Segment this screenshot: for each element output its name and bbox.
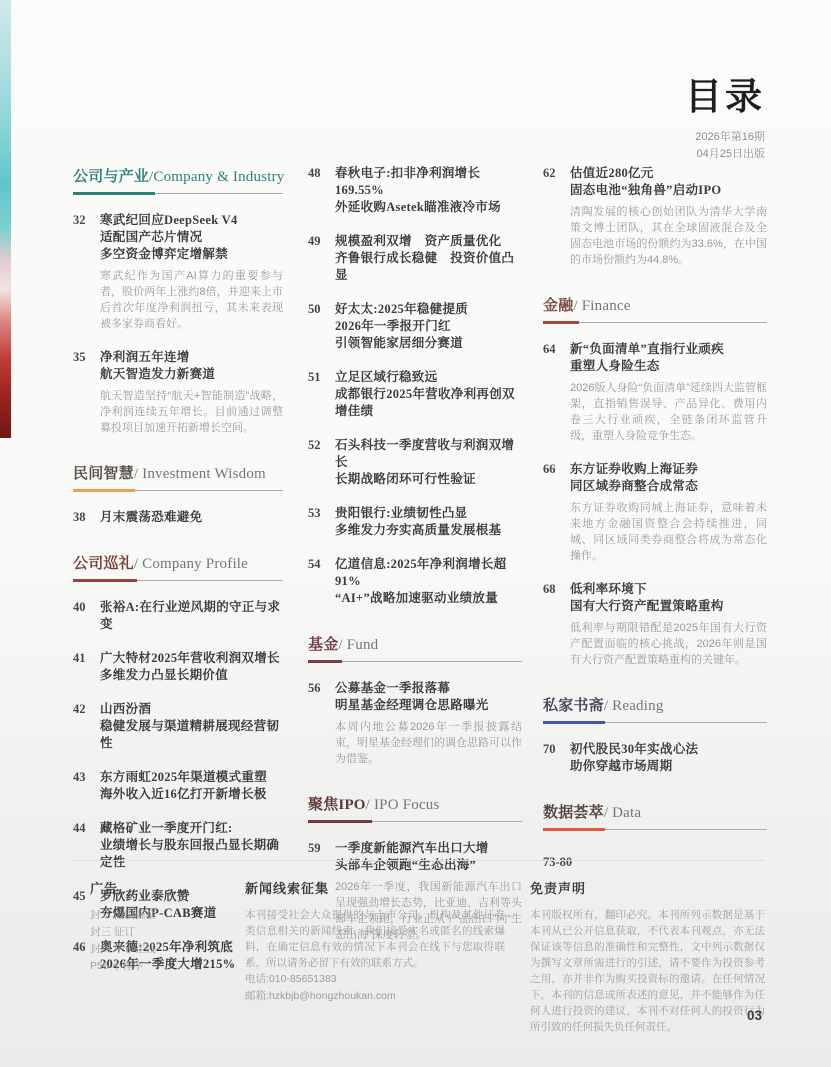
- section-divider: [308, 660, 522, 663]
- section-accent-bar: [543, 321, 579, 324]
- entry-title-line: 稳健发展与渠道精耕展现经营韧性: [100, 718, 283, 752]
- toc-entry: 62 估值近280亿元 固态电池“独角兽”启动IPO 清陶发展的核心创始团队为清…: [543, 165, 767, 268]
- entry-title-line: 亿道信息:2025年净利润增长超91%: [335, 556, 522, 590]
- footer-news-heading: 新闻线索征集: [245, 878, 505, 897]
- entry-content: 初代股民30年实战心法 助你穿越市场周期: [570, 741, 767, 775]
- entry-title-line: 同区域券商整合成常态: [570, 478, 767, 495]
- publish-date: 04月25日出版: [685, 146, 765, 163]
- toc-entry: 53 贵阳银行:业绩韧性凸显 多维发力夯实高质量发展根基: [308, 505, 522, 539]
- toc-column-3: 62 估值近280亿元 固态电池“独角兽”启动IPO 清陶发展的核心创始团队为清…: [543, 165, 767, 870]
- entry-title-line: “AI+”战略加速驱动业绩放量: [335, 590, 522, 607]
- entry-title-line: 初代股民30年实战心法: [570, 741, 767, 758]
- entry-content: 新“负面清单”直指行业顽疾 重塑人身险生态 2026版人身险“负面清单”延续四大…: [570, 341, 767, 444]
- section-divider: [543, 721, 767, 724]
- entry-page-number: 51: [308, 369, 335, 420]
- section-accent-bar: [73, 192, 155, 195]
- entry-content: 山西汾酒 稳健发展与渠道精耕展现经营韧性: [100, 701, 283, 752]
- entry-summary: 本周内地公募2026年一季报披露结束，明星基金经理们的调仓思路可以作为借鉴。: [335, 719, 522, 767]
- entry-title-line: 好太太:2025年稳健提质: [335, 301, 522, 318]
- toc-entry: 41 广大特材2025年营收利润双增长 多维发力凸显长期价值: [73, 650, 283, 684]
- toc-entry: 50 好太太:2025年稳健提质 2026年一季报开门红 引领智能家居细分赛道: [308, 301, 522, 352]
- footer-ad-item: 封三 征订: [90, 924, 228, 941]
- entry-page-number: 64: [543, 341, 570, 444]
- entry-page-number: 53: [308, 505, 335, 539]
- entry-title-line: 广大特材2025年营收利润双增长: [100, 650, 283, 667]
- toc-column-2: 48 春秋电子:扣非净利润增长169.55% 外延收购Asetek瞄准液冷市场 …: [308, 165, 522, 960]
- entry-content: 净利润五年连增 航天智造发力新赛道 航天智造坚持“航天+智能制造”战略，净利润连…: [100, 349, 283, 436]
- section-accent-bar: [308, 660, 342, 663]
- entry-title-line: 多空资金博弈定增解禁: [100, 246, 283, 263]
- entry-title-line: 固态电池“独角兽”启动IPO: [570, 182, 767, 199]
- section-accent-bar: [73, 579, 137, 582]
- entry-title-line: 石头科技一季度营收与利润双增长: [335, 437, 522, 471]
- entry-page-number: 68: [543, 581, 570, 668]
- section-divider: [73, 192, 283, 195]
- entry-title-line: 海外收入近16亿打开新增长极: [100, 786, 283, 803]
- footer-divider: [73, 860, 765, 861]
- page-title: 目录: [685, 66, 765, 120]
- section-header-fund: 基金/ Fund: [308, 633, 522, 663]
- footer-ad-item: P55 小程序: [90, 958, 228, 975]
- section-title-zh: 私家书斋: [543, 698, 604, 714]
- footer-ad-item: 封四 牛市主线: [90, 941, 228, 958]
- entry-title-line: 东方雨虹2025年渠道模式重塑: [100, 769, 283, 786]
- section-divider: [543, 828, 767, 831]
- section-accent-bar: [543, 828, 605, 831]
- entry-page-number: 48: [308, 165, 335, 216]
- toc-entry: 42 山西汾酒 稳健发展与渠道精耕展现经营韧性: [73, 701, 283, 752]
- masthead: 目录 2026年第16期 04月25日出版: [685, 66, 765, 162]
- entry-page-number: 42: [73, 701, 100, 752]
- entry-content: 好太太:2025年稳健提质 2026年一季报开门红 引领智能家居细分赛道: [335, 301, 522, 352]
- section-title-en: / Reading: [604, 698, 664, 714]
- entry-content: 低利率环境下 国有大行资产配置策略重构 低利率与期限错配是2025年国有大行资产…: [570, 581, 767, 668]
- entry-title-line: 重塑人身险生态: [570, 358, 767, 375]
- section-divider: [73, 489, 283, 492]
- footer-news-tips: 新闻线索征集 本刊接受社会大众提供的与上市公司、机构及其他证券类信息相关的新闻线…: [245, 878, 505, 1035]
- section-title-en: / Data: [604, 805, 641, 821]
- entry-page-number: 56: [308, 680, 335, 767]
- entry-content: 春秋电子:扣非净利润增长169.55% 外延收购Asetek瞄准液冷市场: [335, 165, 522, 216]
- entry-title-line: 东方证券收购上海证券: [570, 461, 767, 478]
- footer-disclaimer-body: 本刊版权所有，翻印必究。本刊所列示数据是基于本刊从已公开信息获取，不代表本刊观点…: [530, 907, 765, 1035]
- section-title-zh: 金融: [543, 298, 573, 314]
- section-title-en: /Company & Industry: [149, 169, 284, 185]
- entry-title-line: 成都银行2025年营收净利再创双增佳绩: [335, 386, 522, 420]
- entry-page-number: 50: [308, 301, 335, 352]
- entry-title-line: 外延收购Asetek瞄准液冷市场: [335, 199, 522, 216]
- entry-content: 张裕A:在行业逆风期的守正与求变: [100, 599, 283, 633]
- toc-entry: 52 石头科技一季度营收与利润双增长 长期战略闭环可行性验证: [308, 437, 522, 488]
- section-header-company-profile: 公司巡礼/ Company Profile: [73, 552, 283, 582]
- entry-page-number: 70: [543, 741, 570, 775]
- entry-title-line: 寒武纪回应DeepSeek V4: [100, 212, 283, 229]
- section-header-data: 数据荟萃/ Data: [543, 801, 767, 831]
- entry-title-line: 张裕A:在行业逆风期的守正与求变: [100, 599, 283, 633]
- entry-content: 估值近280亿元 固态电池“独角兽”启动IPO 清陶发展的核心创始团队为清华大学…: [570, 165, 767, 268]
- entry-summary: 寒武纪作为国产AI算力的重要参与者，股价两年上涨约8倍，并迎来上市后首次年度净利…: [100, 268, 283, 332]
- footer-news-email: 邮箱:hzkbjb@hongzhoukan.com: [245, 988, 505, 1005]
- section-title-zh: 聚焦IPO: [308, 797, 366, 813]
- toc-entry: 40 张裕A:在行业逆风期的守正与求变: [73, 599, 283, 633]
- footer-disclaimer-heading: 免责声明: [530, 878, 765, 897]
- section-title-en: / Fund: [338, 637, 378, 653]
- entry-title-line: 净利润五年连增: [100, 349, 283, 366]
- entry-summary: 东方证券收购同城上海证券，意味着未来地方金融国资整合会持续推进，同城、同区域同类…: [570, 500, 767, 564]
- toc-page: 目录 2026年第16期 04月25日出版 公司与产业/Company & In…: [0, 0, 831, 1067]
- cover-image-sliver: [0, 0, 11, 438]
- entry-page-number: 52: [308, 437, 335, 488]
- entry-title-line: 一季度新能源汽车出口大增: [335, 840, 522, 857]
- entry-page-number: 40: [73, 599, 100, 633]
- page-footer: 广告 封二 波段掘金 封三 征订 封四 牛市主线 P55 小程序 新闻线索征集 …: [73, 860, 765, 1035]
- entry-title-line: 新“负面清单”直指行业顽疾: [570, 341, 767, 358]
- toc-entry: 68 低利率环境下 国有大行资产配置策略重构 低利率与期限错配是2025年国有大…: [543, 581, 767, 668]
- toc-entry: 64 新“负面清单”直指行业顽疾 重塑人身险生态 2026版人身险“负面清单”延…: [543, 341, 767, 444]
- entry-title-line: 国有大行资产配置策略重构: [570, 598, 767, 615]
- section-title-en: / Finance: [573, 298, 630, 314]
- entry-title-line: 贵阳银行:业绩韧性凸显: [335, 505, 522, 522]
- entry-title-line: 多维发力凸显长期价值: [100, 667, 283, 684]
- section-accent-bar: [308, 820, 372, 823]
- entry-page-number: 41: [73, 650, 100, 684]
- entry-title-line: 月末震荡恐难避免: [100, 509, 283, 526]
- section-header-ipo-focus: 聚焦IPO/ IPO Focus: [308, 793, 522, 823]
- section-title-zh: 民间智慧: [73, 466, 134, 482]
- section-accent-bar: [73, 489, 135, 492]
- entry-title-line: 明星基金经理调仓思路曝光: [335, 697, 522, 714]
- section-title-zh: 数据荟萃: [543, 805, 604, 821]
- footer-ad-item: 封二 波段掘金: [90, 907, 228, 924]
- section-accent-bar: [543, 721, 605, 724]
- section-divider: [73, 579, 283, 582]
- toc-entry: 70 初代股民30年实战心法 助你穿越市场周期: [543, 741, 767, 775]
- section-title-zh: 基金: [308, 637, 338, 653]
- section-header-finance: 金融/ Finance: [543, 294, 767, 324]
- entry-title-line: 公募基金一季报落幕: [335, 680, 522, 697]
- section-divider: [308, 820, 522, 823]
- issue-number: 2026年第16期: [685, 129, 765, 146]
- entry-page-number: 38: [73, 509, 100, 526]
- entry-content: 亿道信息:2025年净利润增长超91% “AI+”战略加速驱动业绩放量: [335, 556, 522, 607]
- footer-ads: 广告 封二 波段掘金 封三 征订 封四 牛市主线 P55 小程序: [90, 878, 228, 1035]
- entry-title-line: 航天智造发力新赛道: [100, 366, 283, 383]
- entry-summary: 低利率与期限错配是2025年国有大行资产配置面临的核心挑战，2026年则是国有大…: [570, 620, 767, 668]
- section-header-reading: 私家书斋/ Reading: [543, 694, 767, 724]
- entry-title-line: 立足区域行稳致远: [335, 369, 522, 386]
- entry-title-line: 齐鲁银行成长稳健 投资价值凸显: [335, 250, 522, 284]
- entry-summary: 清陶发展的核心创始团队为清华大学南策文博士团队，其在全球固液混合及全固态电池市场…: [570, 204, 767, 268]
- entry-title-line: 规模盈利双增 资产质量优化: [335, 233, 522, 250]
- entry-title-line: 引领智能家居细分赛道: [335, 335, 522, 352]
- entry-content: 石头科技一季度营收与利润双增长 长期战略闭环可行性验证: [335, 437, 522, 488]
- entry-content: 广大特材2025年营收利润双增长 多维发力凸显长期价值: [100, 650, 283, 684]
- toc-entry: 66 东方证券收购上海证券 同区域券商整合成常态 东方证券收购同城上海证券，意味…: [543, 461, 767, 564]
- entry-title-line: 藏格矿业一季度开门红:: [100, 820, 283, 837]
- entry-title-line: 多维发力夯实高质量发展根基: [335, 522, 522, 539]
- entry-content: 贵阳银行:业绩韧性凸显 多维发力夯实高质量发展根基: [335, 505, 522, 539]
- footer-disclaimer: 免责声明 本刊版权所有，翻印必究。本刊所列示数据是基于本刊从已公开信息获取，不代…: [530, 878, 765, 1035]
- entry-page-number: 62: [543, 165, 570, 268]
- toc-entry: 43 东方雨虹2025年渠道模式重塑 海外收入近16亿打开新增长极: [73, 769, 283, 803]
- footer-news-phone: 电话:010-85651383: [245, 971, 505, 988]
- section-title-zh: 公司与产业: [73, 169, 149, 185]
- entry-title-line: 估值近280亿元: [570, 165, 767, 182]
- entry-title-line: 低利率环境下: [570, 581, 767, 598]
- footer-news-body: 本刊接受社会大众提供的与上市公司、机构及其他证券类信息相关的新闻线索，我们接受实…: [245, 907, 505, 971]
- toc-entry: 38 月末震荡恐难避免: [73, 509, 283, 526]
- entry-page-number: 66: [543, 461, 570, 564]
- entry-title-line: 适配国产芯片情况: [100, 229, 283, 246]
- section-title-en: / Company Profile: [134, 556, 248, 572]
- entry-page-number: 54: [308, 556, 335, 607]
- entry-content: 东方雨虹2025年渠道模式重塑 海外收入近16亿打开新增长极: [100, 769, 283, 803]
- entry-title-line: 山西汾酒: [100, 701, 283, 718]
- toc-entry: 48 春秋电子:扣非净利润增长169.55% 外延收购Asetek瞄准液冷市场: [308, 165, 522, 216]
- entry-summary: 航天智造坚持“航天+智能制造”战略，净利润连续五年增长。目前通过调整募投项目加速…: [100, 388, 283, 436]
- entry-content: 月末震荡恐难避免: [100, 509, 283, 526]
- section-title-zh: 公司巡礼: [73, 556, 134, 572]
- entry-page-number: 43: [73, 769, 100, 803]
- toc-entry: 56 公募基金一季报落幕 明星基金经理调仓思路曝光 本周内地公募2026年一季报…: [308, 680, 522, 767]
- section-header-investment-wisdom: 民间智慧/ Investment Wisdom: [73, 462, 283, 492]
- entry-content: 寒武纪回应DeepSeek V4 适配国产芯片情况 多空资金博弈定增解禁 寒武纪…: [100, 212, 283, 332]
- entry-content: 立足区域行稳致远 成都银行2025年营收净利再创双增佳绩: [335, 369, 522, 420]
- entry-page-number: 35: [73, 349, 100, 436]
- entry-summary: 2026版人身险“负面清单”延续四大监管框架，直指销售误导、产品异化、费用内卷三…: [570, 380, 767, 444]
- entry-page-number: 32: [73, 212, 100, 332]
- section-divider: [543, 321, 767, 324]
- entry-content: 公募基金一季报落幕 明星基金经理调仓思路曝光 本周内地公募2026年一季报披露结…: [335, 680, 522, 767]
- entry-content: 规模盈利双增 资产质量优化 齐鲁银行成长稳健 投资价值凸显: [335, 233, 522, 284]
- entry-title-line: 长期战略闭环可行性验证: [335, 471, 522, 488]
- toc-entry: 49 规模盈利双增 资产质量优化 齐鲁银行成长稳健 投资价值凸显: [308, 233, 522, 284]
- toc-entry: 54 亿道信息:2025年净利润增长超91% “AI+”战略加速驱动业绩放量: [308, 556, 522, 607]
- toc-entry: 35 净利润五年连增 航天智造发力新赛道 航天智造坚持“航天+智能制造”战略，净…: [73, 349, 283, 436]
- toc-entry: 32 寒武纪回应DeepSeek V4 适配国产芯片情况 多空资金博弈定增解禁 …: [73, 212, 283, 332]
- entry-title-line: 春秋电子:扣非净利润增长169.55%: [335, 165, 522, 199]
- page-number: 03: [747, 1008, 762, 1023]
- section-title-en: / Investment Wisdom: [134, 466, 266, 482]
- entry-page-number: 49: [308, 233, 335, 284]
- entry-title-line: 2026年一季报开门红: [335, 318, 522, 335]
- entry-content: 东方证券收购上海证券 同区域券商整合成常态 东方证券收购同城上海证券，意味着未来…: [570, 461, 767, 564]
- entry-title-line: 助你穿越市场周期: [570, 758, 767, 775]
- toc-entry: 51 立足区域行稳致远 成都银行2025年营收净利再创双增佳绩: [308, 369, 522, 420]
- section-title-en: / IPO Focus: [366, 797, 440, 813]
- section-header-company-industry: 公司与产业/Company & Industry: [73, 165, 283, 195]
- footer-ads-heading: 广告: [90, 878, 228, 897]
